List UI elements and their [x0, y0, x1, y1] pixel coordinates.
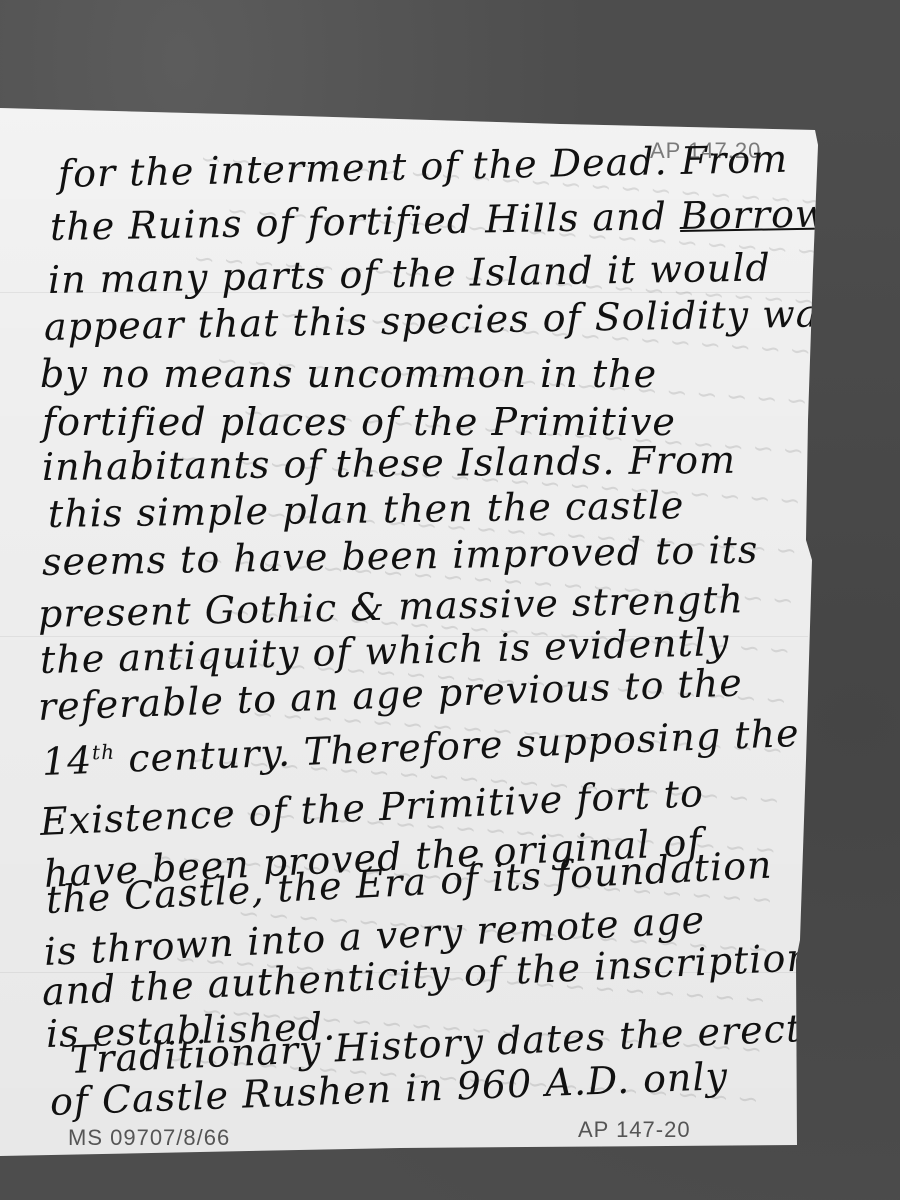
century-number: 14: [41, 738, 93, 784]
manuscript-line: by no means uncommon in the: [40, 352, 657, 396]
archive-reference-bottom: AP 147-20: [578, 1117, 691, 1143]
manuscript-line: inhabitants of these Islands. From: [42, 438, 736, 489]
manuscript-page: ~ ~ ~ ~ ~ ~ ~ ~ ~ ~ ~ ~ ~ ~ ~ ~ ~ ~ ~ ~ …: [0, 0, 900, 1200]
ordinal-superscript: th: [92, 740, 116, 765]
manuscript-line: fortified places of the Primitive: [42, 400, 676, 444]
manuscript-shelfmark: MS 09707/8/66: [68, 1125, 230, 1151]
manuscript-line: this simple plan then the castle: [48, 483, 685, 536]
